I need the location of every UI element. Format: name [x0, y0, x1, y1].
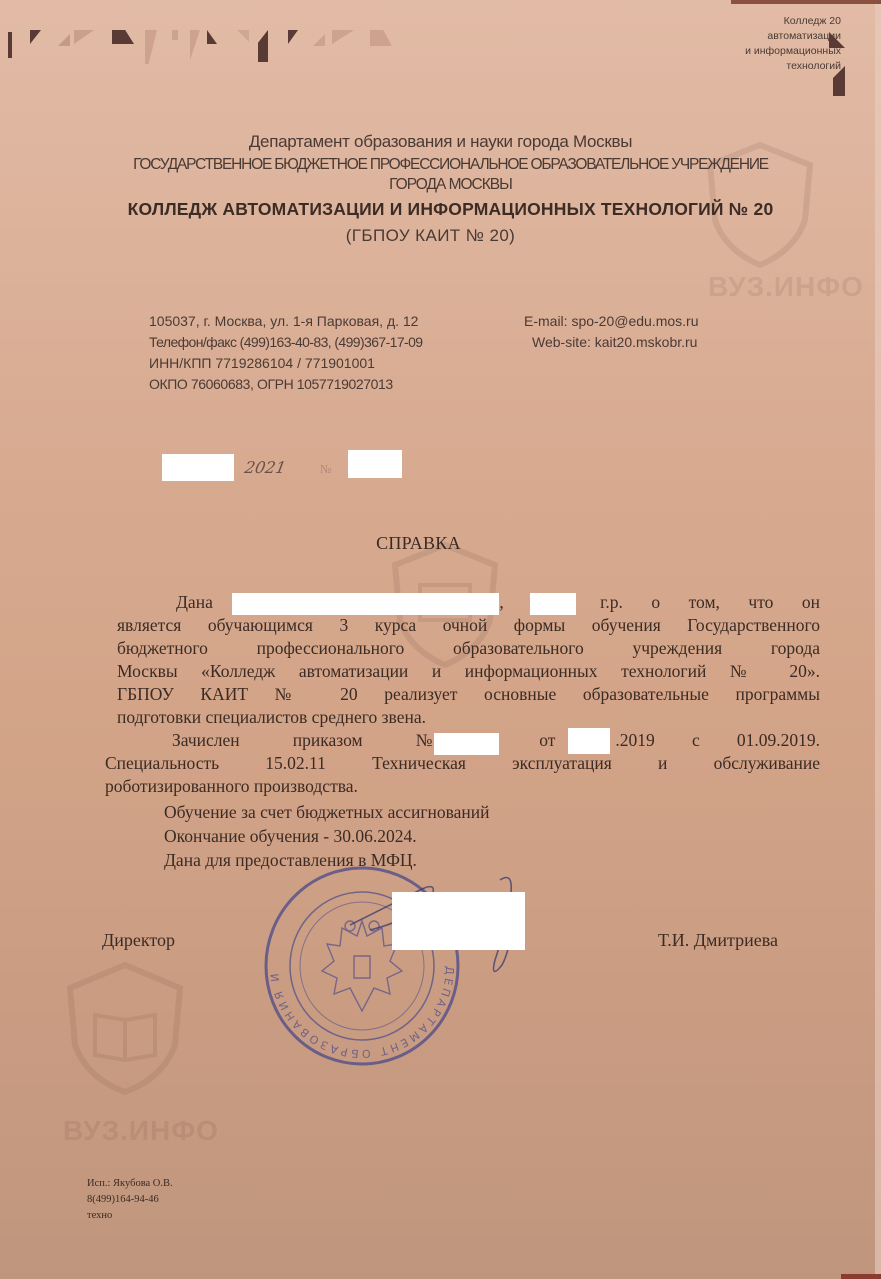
redacted-full-name — [232, 593, 499, 615]
background-edge-bottom — [841, 1274, 881, 1279]
paragraph-line: ГБПОУ КАИТ № 20 реализует основные образ… — [100, 683, 820, 706]
handwritten-year: 2021 — [243, 458, 287, 477]
paragraph-line: является обучающимся 3 курса очной формы… — [100, 614, 820, 637]
inn-kpp: ИНН/КПП 7719286104 / 771901001 — [149, 353, 422, 374]
institution-type: ГОСУДАРСТВЕННОЕ БЮДЖЕТНОЕ ПРОФЕССИОНАЛЬН… — [10, 156, 881, 174]
redacted-date — [162, 454, 234, 481]
institution-city: ГОРОДА МОСКВЫ — [10, 176, 881, 194]
logo-triangle-icon — [829, 32, 845, 48]
executor-name: Исп.: Якубова О.В. — [87, 1176, 173, 1192]
document-page: Колледж 20 автоматизации и информационны… — [0, 0, 881, 1279]
college-logo: Колледж 20 автоматизации и информационны… — [745, 14, 859, 74]
document-code: техно — [87, 1208, 173, 1224]
executor-info: Исп.: Якубова О.В. 8(499)164-94-46 техно — [87, 1176, 173, 1224]
paragraph-line: Специальность 15.02.11 Техническая экспл… — [105, 752, 820, 775]
header-decorative-band — [0, 26, 700, 66]
department-name: Департамент образования и науки города М… — [0, 132, 881, 152]
okpo-ogrn: ОКПО 76060683, ОГРН 1057719027013 — [149, 374, 422, 395]
redacted-order-number — [434, 733, 499, 755]
redacted-signature — [392, 892, 525, 950]
signer-name: Т.И. Дмитриева — [658, 930, 778, 951]
watermark-text: ВУЗ.ИНФО — [708, 271, 864, 303]
signer-position: Директор — [102, 930, 175, 951]
paragraph-line: бюджетного профессионального образовател… — [100, 637, 820, 660]
phone: Телефон/факс (499)163-40-83, (499)367-17… — [149, 332, 422, 353]
redacted-order-date — [568, 728, 610, 754]
address: 105037, г. Москва, ул. 1-я Парковая, д. … — [149, 311, 422, 332]
watermark-text: ВУЗ.ИНФО — [63, 1115, 219, 1147]
redacted-registration-number — [348, 450, 402, 478]
registration-number-label: № — [320, 462, 331, 477]
email: E-mail: spo-20@edu.mos.ru — [524, 311, 699, 332]
funding-source: Обучение за счет бюджетных ассигнований — [164, 800, 490, 824]
document-title: СПРАВКА — [0, 533, 859, 554]
online-contacts: E-mail: spo-20@edu.mos.ru Web-site: kait… — [524, 311, 699, 353]
website: Web-site: kait20.mskobr.ru — [524, 332, 699, 353]
redacted-birth-date — [530, 593, 576, 615]
paragraph-line: Москвы «Колледж автоматизации и информац… — [100, 660, 820, 683]
college-abbreviation: (ГБПОУ КАИТ № 20) — [0, 226, 871, 246]
study-details: Обучение за счет бюджетных ассигнований … — [164, 800, 490, 872]
end-of-study: Окончание обучения - 30.06.2024. — [164, 824, 490, 848]
paragraph-line: подготовки специалистов среднего звена. — [100, 706, 820, 729]
logo-line: Колледж 20 — [745, 14, 859, 29]
college-name: КОЛЛЕДЖ АВТОМАТИЗАЦИИ И ИНФОРМАЦИОННЫХ Т… — [10, 199, 881, 220]
watermark-shield-bottom-left: ВУЗ.ИНФО — [55, 960, 219, 1147]
executor-phone: 8(499)164-94-46 — [87, 1192, 173, 1208]
contact-details: 105037, г. Москва, ул. 1-я Парковая, д. … — [149, 311, 422, 395]
background-edge — [731, 0, 881, 4]
paragraph-line: роботизированного производства. — [105, 775, 820, 798]
